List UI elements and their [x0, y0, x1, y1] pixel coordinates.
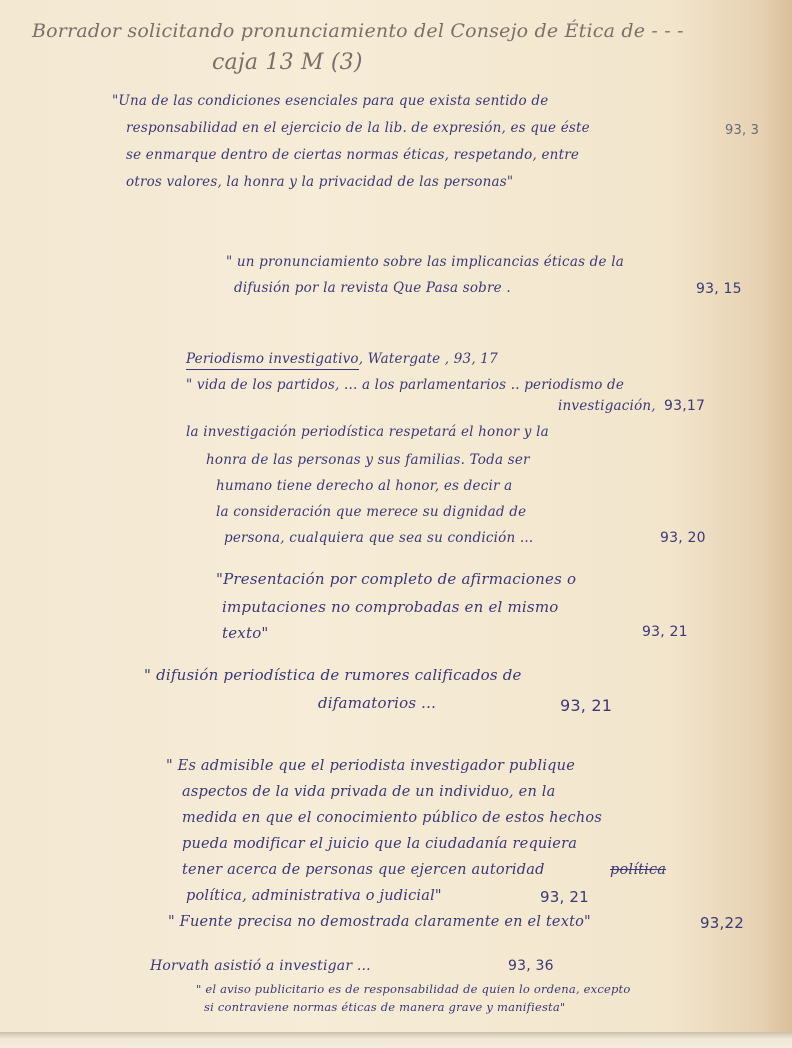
note-line: difusión por la revista Que Pasa sobre . [234, 280, 511, 296]
note-line: la investigación periodística respetará … [186, 424, 549, 440]
note-line: política, administrativa o judicial" [186, 888, 442, 904]
struck-word: política [610, 862, 666, 878]
page-reference: 93, 3 [725, 123, 759, 138]
section-heading: Periodismo investigativo [186, 351, 359, 370]
document-title: Borrador solicitando pronunciamiento del… [32, 20, 684, 42]
note-line: responsabilidad en el ejercicio de la li… [126, 120, 590, 136]
note-line: otros valores, la honra y la privacidad … [126, 174, 513, 190]
note-line: " Fuente precisa no demostrada clarament… [168, 914, 591, 930]
note-line: texto" [222, 624, 269, 642]
page-reference: 93, 36 [508, 958, 554, 974]
note-line: tener acerca de personas que ejercen aut… [182, 862, 545, 878]
note-line: persona, cualquiera que sea su condición… [224, 530, 533, 546]
note-line: "Presentación por completo de afirmacion… [216, 570, 576, 588]
note-line: la consideración que merece su dignidad … [216, 504, 526, 520]
note-line: aspectos de la vida privada de un indivi… [182, 784, 556, 800]
page-reference: 93, 15 [696, 281, 742, 297]
note-line: honra de las personas y sus familias. To… [206, 452, 530, 468]
page-reference: 93, 21 [560, 696, 612, 715]
page-edge [0, 1032, 792, 1048]
page-reference: 93, 20 [660, 530, 706, 546]
note-line: si contraviene normas éticas de manera g… [204, 1000, 565, 1014]
note-line: imputaciones no comprobadas en el mismo [222, 598, 558, 616]
note-line: " vida de los partidos, ... a los parlam… [186, 377, 624, 393]
page-reference: 93,17 [664, 398, 705, 414]
note-line: " difusión periodística de rumores calif… [144, 666, 522, 684]
heading-suffix: , Watergate , 93, 17 [359, 351, 498, 367]
section-heading: Horvath asistió a investigar ... [150, 958, 371, 974]
page-reference: 93, 21 [642, 624, 688, 640]
note-line: " un pronunciamiento sobre las implicanc… [226, 254, 624, 270]
note-line: difamatorios ... [318, 694, 436, 712]
note-line: investigación, [558, 398, 656, 414]
note-line: " el aviso publicitario es de responsabi… [196, 982, 631, 996]
note-line: humano tiene derecho al honor, es decir … [216, 478, 512, 494]
box-label: caja 13 M (3) [212, 50, 363, 75]
note-line: "Una de las condiciones esenciales para … [112, 93, 548, 109]
note-line: medida en que el conocimiento público de… [182, 810, 602, 826]
note-line: pueda modificar el juicio que la ciudada… [182, 836, 577, 852]
page-reference: 93,22 [700, 914, 744, 932]
page-reference: 93, 21 [540, 888, 589, 906]
note-line: " Es admisible que el periodista investi… [166, 758, 575, 774]
note-line: se enmarque dentro de ciertas normas éti… [126, 147, 579, 163]
